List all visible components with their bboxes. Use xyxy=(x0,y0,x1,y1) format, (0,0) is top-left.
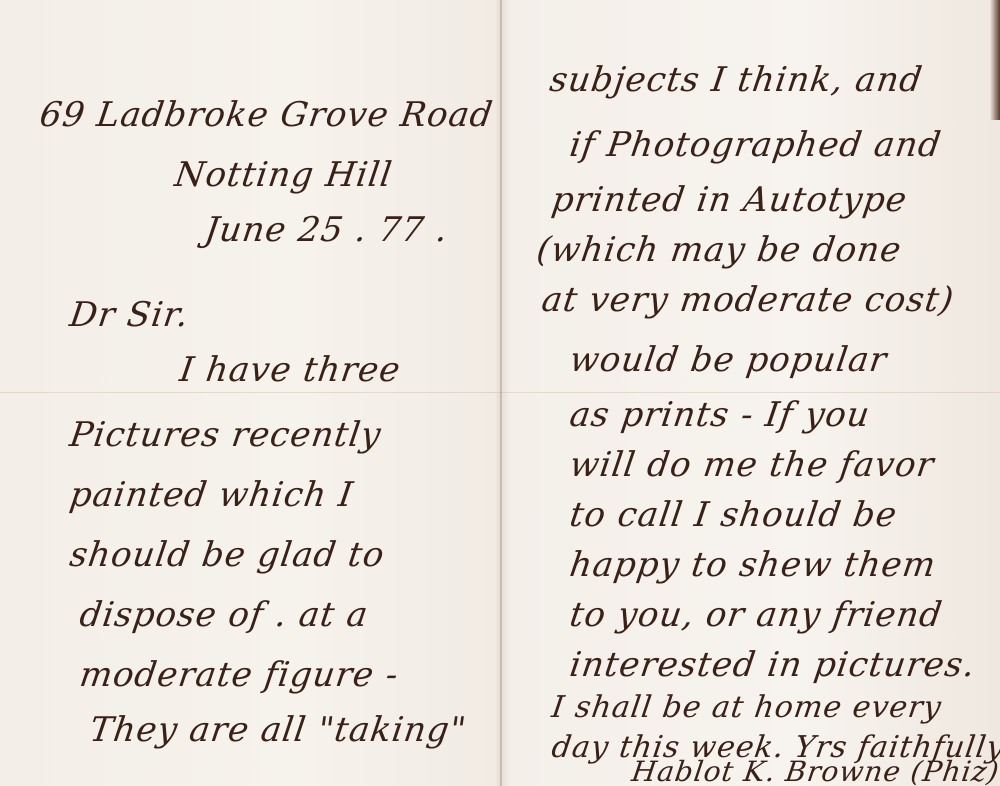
body-line: printed in Autotype xyxy=(549,180,910,220)
body-line: painted which I xyxy=(67,475,356,515)
body-line: to call I should be xyxy=(567,495,900,535)
body-line: dispose of . at a xyxy=(77,595,371,635)
body-line: (which may be done xyxy=(534,230,904,270)
body-line: should be glad to xyxy=(67,535,387,575)
letter-sheet: 69 Ladbroke Grove Road Notting Hill June… xyxy=(0,0,1000,786)
salutation: Dr Sir. xyxy=(67,295,191,335)
body-line: interested in pictures. xyxy=(567,645,978,685)
body-line: at very moderate cost) xyxy=(539,280,957,320)
address-line-2: Notting Hill xyxy=(172,155,395,195)
left-page: 69 Ladbroke Grove Road Notting Hill June… xyxy=(0,0,500,786)
body-line: They are all "taking" xyxy=(87,710,469,750)
body-line: I have three xyxy=(177,350,403,390)
body-line: subjects I think, and xyxy=(547,60,925,100)
body-line: as prints - If you xyxy=(567,395,873,435)
body-line: happy to shew them xyxy=(567,545,939,585)
body-line: Pictures recently xyxy=(67,415,384,455)
address-line-1: 69 Ladbroke Grove Road xyxy=(37,95,495,135)
date-line: June 25 . 77 . xyxy=(202,210,451,250)
body-line: to you, or any friend xyxy=(567,595,945,635)
right-page: subjects I think, and if Photographed an… xyxy=(502,0,1000,786)
body-line: will do me the favor xyxy=(567,445,937,485)
body-line: I shall be at home every xyxy=(550,690,944,725)
signature: Hablot K. Browne (Phiz) xyxy=(630,755,1000,786)
body-line: if Photographed and xyxy=(567,125,944,165)
body-line: would be popular xyxy=(567,340,890,380)
body-line: moderate figure - xyxy=(77,655,401,695)
